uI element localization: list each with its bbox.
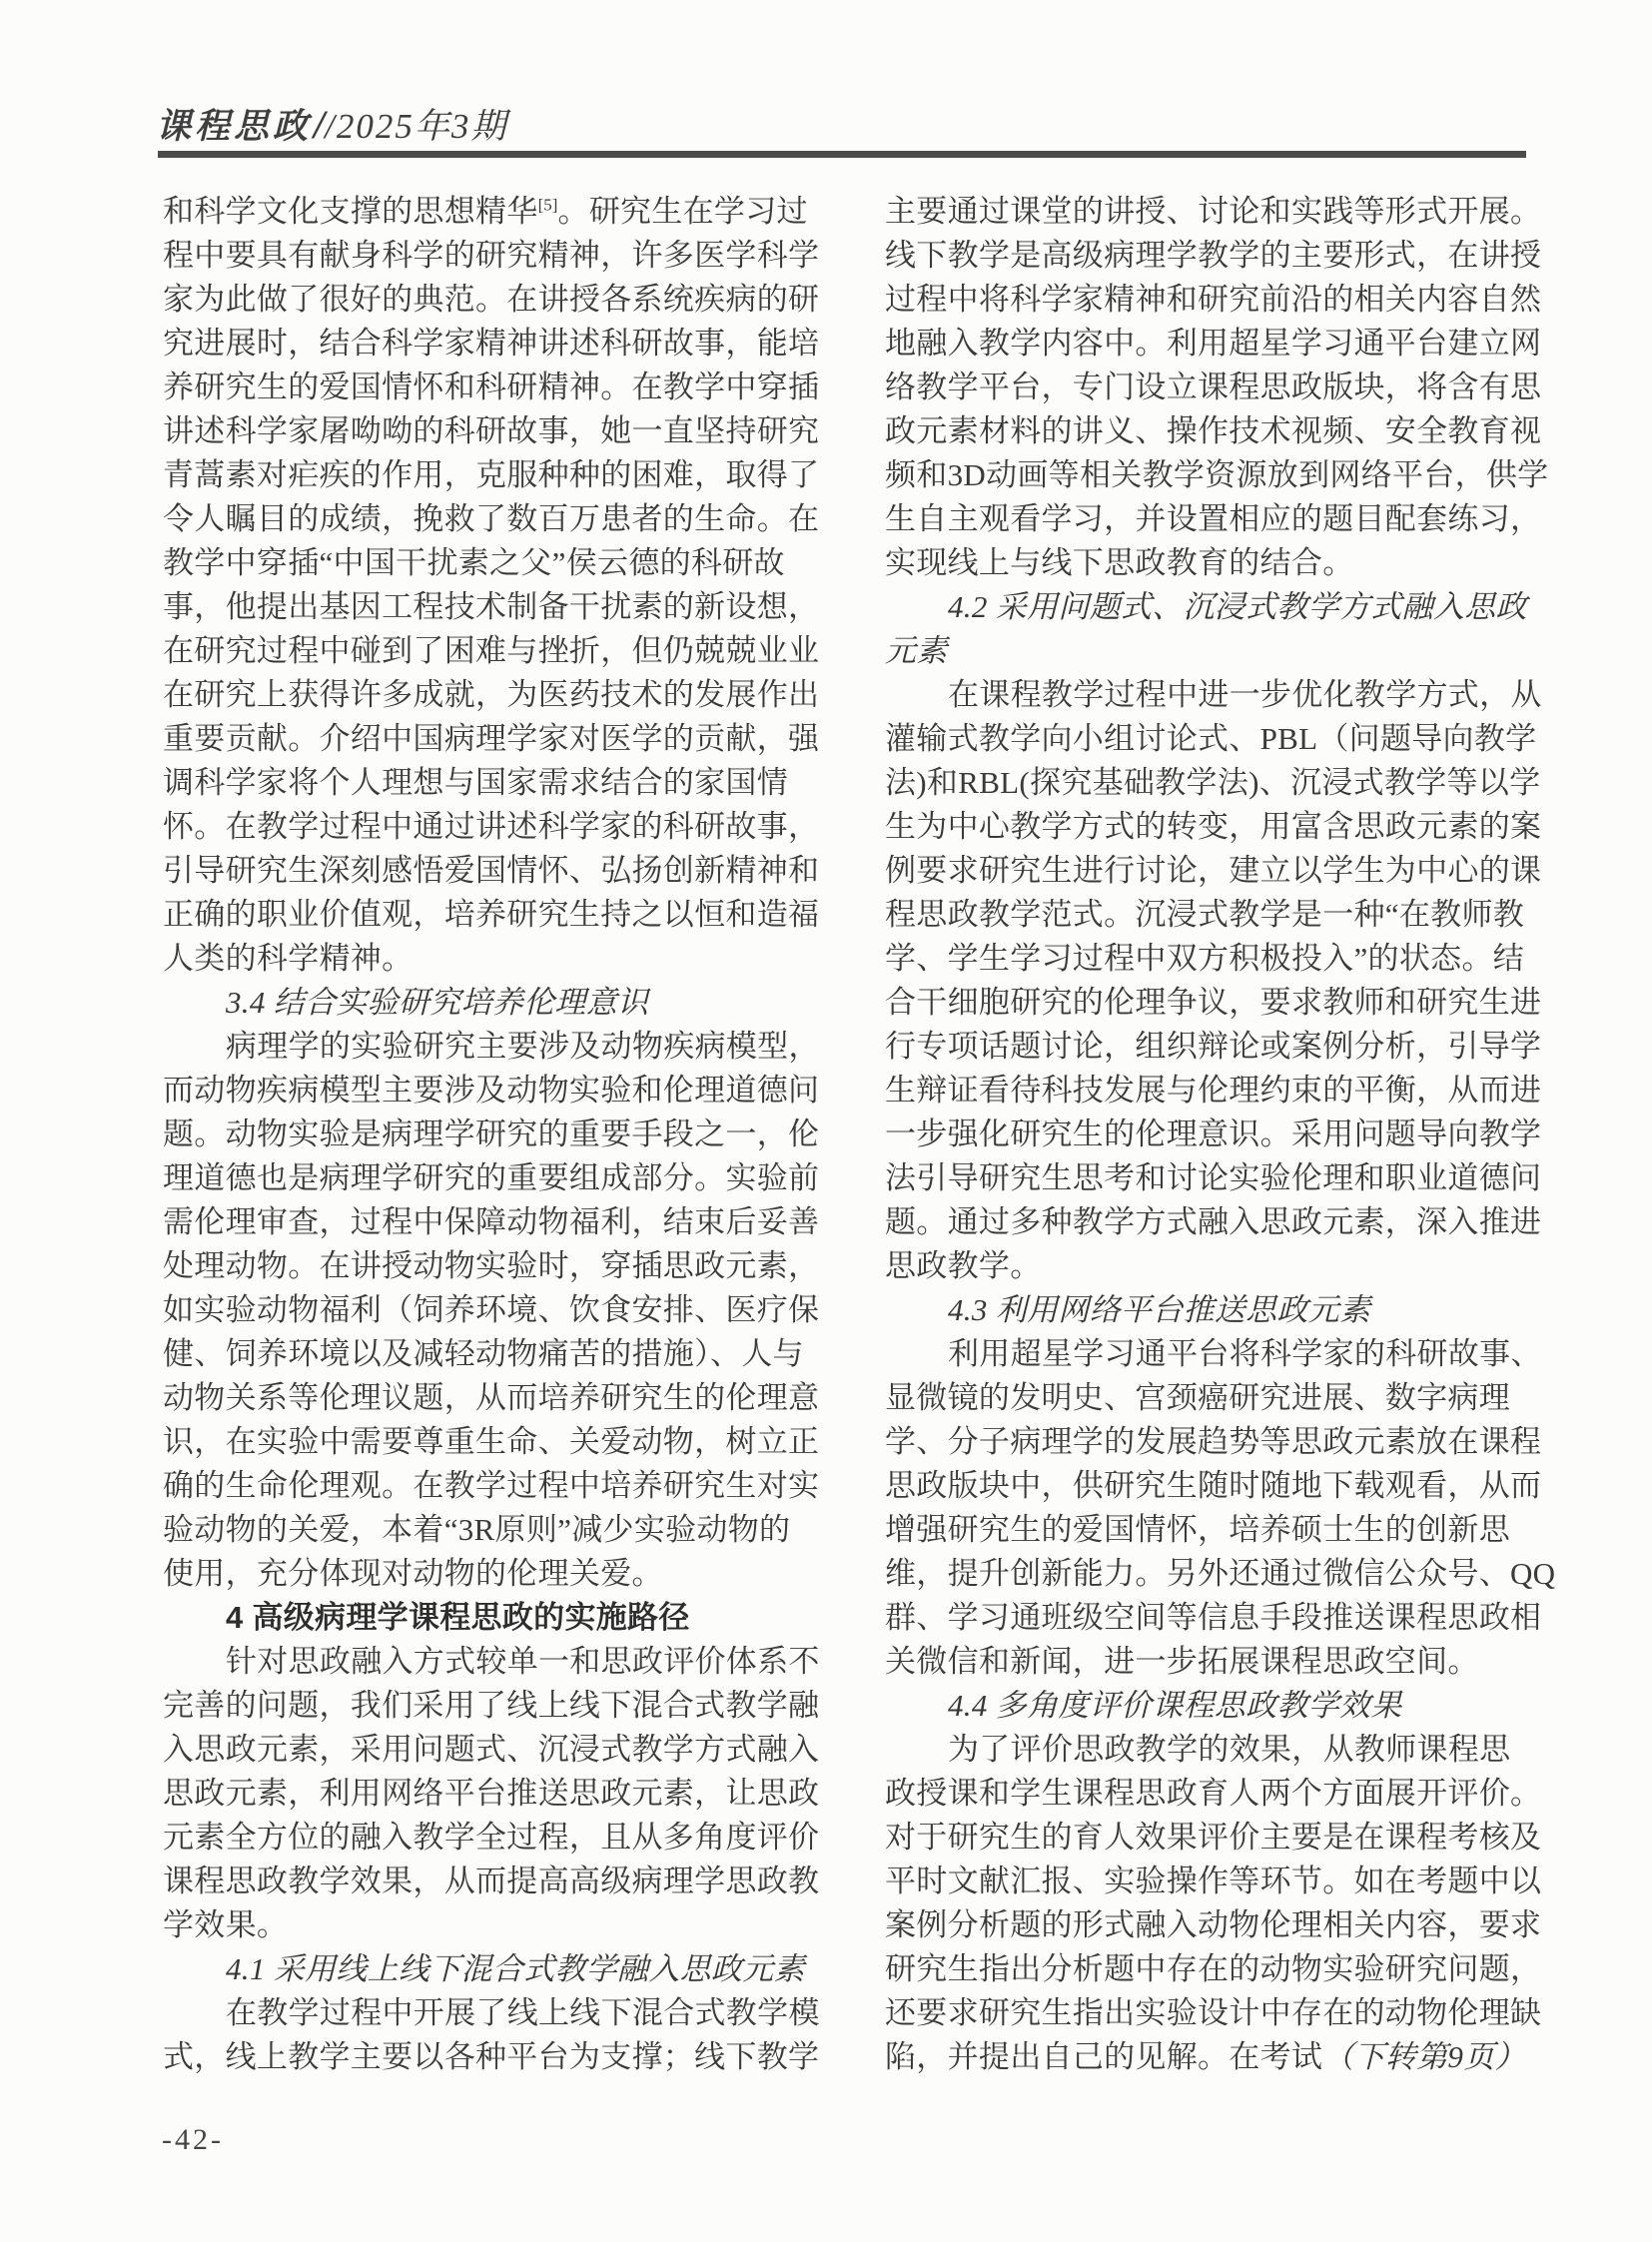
text-segment: 在研究上获得许多成就，为医药技术的发展作出 <box>163 677 819 712</box>
text-line: 4.4 多角度评价课程思政教学效果 <box>885 1684 1544 1728</box>
text-segment: 生自主观看学习，并设置相应的题目配套练习， <box>885 501 1541 536</box>
text-line: 4.3 利用网络平台推送思政元素 <box>885 1288 1544 1332</box>
text-line: 事，他提出基因工程技术制备干扰素的新设想， <box>163 585 822 629</box>
text-segment: 。研究生在学习过 <box>557 194 807 229</box>
text-line: 课程思政教学效果，从而提高高级病理学思政教 <box>163 1860 822 1903</box>
text-segment: 而动物疾病模型主要涉及动物实验和伦理道德问 <box>163 1073 819 1108</box>
text-segment: 讲述科学家屠呦呦的科研故事，她一直坚持研究 <box>163 413 819 448</box>
text-line: 而动物疾病模型主要涉及动物实验和伦理道德问 <box>163 1069 822 1113</box>
text-segment: 4.1 采用线上线下混合式教学融入思政元素 <box>226 1951 805 1986</box>
text-segment: 究进展时，结合科学家精神讲述科研故事，能培 <box>163 326 819 361</box>
text-line: 关微信和新闻，进一步拓展课程思政空间。 <box>885 1640 1544 1684</box>
text-line: 元素全方位的融入教学全过程，且从多角度评价 <box>163 1816 822 1860</box>
text-segment: 生为中心教学方式的转变，用富含思政元素的案 <box>885 809 1541 844</box>
page-number: -42- <box>162 2123 224 2157</box>
text-segment: 平时文献汇报、实验操作等环节。如在考题中以 <box>885 1864 1541 1898</box>
text-line: 主要通过课堂的讲授、讨论和实践等形式开展。 <box>885 190 1544 234</box>
text-line: 生辩证看待科技发展与伦理约束的平衡，从而进 <box>885 1069 1544 1113</box>
text-segment: 生辩证看待科技发展与伦理约束的平衡，从而进 <box>885 1073 1541 1108</box>
text-segment: 在研究过程中碰到了困难与挫折，但仍兢兢业业 <box>163 633 819 668</box>
text-segment: 显微镜的发明史、宫颈癌研究进展、数字病理 <box>885 1380 1510 1415</box>
text-segment: 人类的科学精神。 <box>163 941 413 976</box>
text-line: 利用超星学习通平台将科学家的科研故事、 <box>885 1332 1544 1376</box>
text-segment: 题。通过多种教学方式融入思政元素，深入推进 <box>885 1204 1541 1239</box>
text-line: 4 高级病理学课程思政的实施路径 <box>163 1596 822 1640</box>
text-line: 识，在实验中需要尊重生命、关爱动物，树立正 <box>163 1420 822 1464</box>
text-segment: 思政元素，利用网络平台推送思政元素，让思政 <box>163 1776 819 1811</box>
text-line: 生为中心教学方式的转变，用富含思政元素的案 <box>885 805 1544 849</box>
text-segment: 法引导研究生思考和讨论实验伦理和职业道德问 <box>885 1160 1541 1195</box>
text-segment: 题。动物实验是病理学研究的重要手段之一，伦 <box>163 1117 819 1151</box>
text-line: 病理学的实验研究主要涉及动物疾病模型， <box>163 1025 822 1069</box>
header-rule <box>158 151 1526 158</box>
text-line: 式，线上教学主要以各种平台为支撑；线下教学 <box>163 2035 822 2079</box>
text-segment: 重要贡献。介绍中国病理学家对医学的贡献，强 <box>163 721 819 756</box>
text-line: 学、分子病理学的发展趋势等思政元素放在课程 <box>885 1420 1544 1464</box>
text-segment: 令人瞩目的成绩，挽救了数百万患者的生命。在 <box>163 501 819 536</box>
text-segment: 完善的问题，我们采用了线上线下混合式教学融 <box>163 1688 819 1723</box>
text-line: 行专项话题讨论，组织辩论或案例分析，引导学 <box>885 1025 1544 1069</box>
text-segment: 案例分析题的形式融入动物伦理相关内容，要求 <box>885 1907 1541 1942</box>
text-line: 完善的问题，我们采用了线上线下混合式教学融 <box>163 1684 822 1728</box>
masthead-separator-thin: / <box>325 107 335 146</box>
footnote-ref: [5] <box>538 196 558 215</box>
text-segment: 主要通过课堂的讲授、讨论和实践等形式开展。 <box>885 194 1541 229</box>
text-line: 养研究生的爱国情怀和科研精神。在教学中穿插 <box>163 366 822 409</box>
text-line: 频和3D动画等相关教学资源放到网络平台，供学 <box>885 453 1544 497</box>
text-line: 络教学平台，专门设立课程思政版块，将含有思 <box>885 366 1544 409</box>
text-segment: 验动物的关爱，本着“3R原则”减少实验动物的 <box>163 1512 790 1547</box>
text-line: 人类的科学精神。 <box>163 937 822 981</box>
text-segment: 为了评价思政教学的效果，从教师课程思 <box>948 1732 1510 1767</box>
text-segment: 如实验动物福利（饲养环境、饮食安排、医疗保 <box>163 1292 819 1327</box>
text-segment: 4.2 采用问题式、沉浸式教学方式融入思政 <box>948 589 1527 624</box>
text-line: 政授课和学生课程思政育人两个方面展开评价。 <box>885 1772 1544 1816</box>
text-line: 思政教学。 <box>885 1244 1544 1288</box>
text-line: 实现线上与线下思政教育的结合。 <box>885 541 1544 585</box>
text-segment: 怀。在教学过程中通过讲述科学家的科研故事， <box>163 809 819 844</box>
text-line: 维，提升创新能力。另外还通过微信公众号、QQ <box>885 1552 1544 1596</box>
text-line: 过程中将科学家精神和研究前沿的相关内容自然 <box>885 278 1544 322</box>
text-line: 思政版块中，供研究生随时随地下载观看，从而 <box>885 1464 1544 1508</box>
text-segment: 调科学家将个人理想与国家需求结合的家国情 <box>163 765 788 800</box>
text-line: 学效果。 <box>163 1903 822 1947</box>
text-segment: 在课程教学过程中进一步优化教学方式，从 <box>948 677 1542 712</box>
text-segment: 入思政元素，采用问题式、沉浸式教学方式融入 <box>163 1732 819 1767</box>
journal-page: 课程思政//2025年3期 和科学文化支撑的思想精华[5]。研究生在学习过程中要… <box>0 0 1652 2242</box>
text-line: 法引导研究生思考和讨论实验伦理和职业道德问 <box>885 1156 1544 1200</box>
text-line: 调科学家将个人理想与国家需求结合的家国情 <box>163 761 822 805</box>
text-segment: 学、分子病理学的发展趋势等思政元素放在课程 <box>885 1424 1541 1459</box>
text-line: 4.2 采用问题式、沉浸式教学方式融入思政 <box>885 585 1544 629</box>
text-segment: 和科学文化支撑的思想精华 <box>163 194 538 229</box>
text-line: 家为此做了很好的典范。在讲授各系统疾病的研 <box>163 278 822 322</box>
text-line: 陷，并提出自己的见解。在考试（下转第9页） <box>885 2035 1544 2079</box>
text-segment: 需伦理审查，过程中保障动物福利，结束后妥善 <box>163 1204 819 1239</box>
text-line: 正确的职业价值观，培养研究生持之以恒和造福 <box>163 893 822 937</box>
text-segment: 地融入教学内容中。利用超星学习通平台建立网 <box>885 326 1541 361</box>
text-segment: 利用超星学习通平台将科学家的科研故事、 <box>948 1336 1542 1371</box>
text-segment: 灌输式教学向小组讨论式、PBL（问题导向教学 <box>885 721 1536 756</box>
text-segment: 式，线上教学主要以各种平台为支撑；线下教学 <box>163 2039 819 2074</box>
text-line: 地融入教学内容中。利用超星学习通平台建立网 <box>885 322 1544 366</box>
text-segment: 程思政教学范式。沉浸式教学是一种“在教师教 <box>885 897 1524 932</box>
text-line: 处理动物。在讲授动物实验时，穿插思政元素， <box>163 1244 822 1288</box>
text-segment: 思政教学。 <box>885 1248 1042 1283</box>
text-line: 入思政元素，采用问题式、沉浸式教学方式融入 <box>163 1728 822 1772</box>
text-line: 元素 <box>885 629 1544 673</box>
text-segment: 元素 <box>885 633 948 668</box>
text-segment: 法)和RBL(探究基础教学法)、沉浸式教学等以学 <box>885 765 1540 800</box>
text-segment: 课程思政教学效果，从而提高高级病理学思政教 <box>163 1864 819 1898</box>
right-column: 主要通过课堂的讲授、讨论和实践等形式开展。线下教学是高级病理学教学的主要形式，在… <box>885 190 1544 2079</box>
text-line: 确的生命伦理观。在教学过程中培养研究生对实 <box>163 1464 822 1508</box>
text-line: 学、学生学习过程中双方积极投入”的状态。结 <box>885 937 1544 981</box>
text-line: 健、饲养环境以及减轻动物痛苦的措施）、人与 <box>163 1332 822 1376</box>
text-line: 群、学习通班级空间等信息手段推送课程思政相 <box>885 1596 1544 1640</box>
text-segment: 教学中穿插“中国干扰素之父”侯云德的科研故 <box>163 545 785 580</box>
text-segment: 确的生命伦理观。在教学过程中培养研究生对实 <box>163 1468 819 1503</box>
text-segment: 健、饲养环境以及减轻动物痛苦的措施）、人与 <box>163 1336 804 1371</box>
text-segment: 学效果。 <box>163 1907 288 1942</box>
text-segment: 针对思政融入方式较单一和思政评价体系不 <box>226 1644 820 1679</box>
text-line: 青蒿素对疟疾的作用，克服种种的困难，取得了 <box>163 453 822 497</box>
text-segment: 线下教学是高级病理学教学的主要形式，在讲授 <box>885 238 1541 273</box>
text-line: 程思政教学范式。沉浸式教学是一种“在教师教 <box>885 893 1544 937</box>
text-line: 究进展时，结合科学家精神讲述科研故事，能培 <box>163 322 822 366</box>
text-segment: 病理学的实验研究主要涉及动物疾病模型， <box>226 1029 820 1064</box>
text-segment: 合干细胞研究的伦理争议，要求教师和研究生进 <box>885 985 1541 1020</box>
text-line: 案例分析题的形式融入动物伦理相关内容，要求 <box>885 1903 1544 1947</box>
text-segment: 群、学习通班级空间等信息手段推送课程思政相 <box>885 1600 1541 1635</box>
text-segment: 程中要具有献身科学的研究精神，许多医学科学 <box>163 238 819 273</box>
text-line: 和科学文化支撑的思想精华[5]。研究生在学习过 <box>163 190 822 234</box>
text-segment: 4.4 多角度评价课程思政教学效果 <box>948 1688 1402 1723</box>
text-segment: 维，提升创新能力。另外还通过微信公众号、QQ <box>885 1556 1555 1591</box>
text-segment: 络教学平台，专门设立课程思政版块，将含有思 <box>885 370 1541 404</box>
text-line: 程中要具有献身科学的研究精神，许多医学科学 <box>163 234 822 278</box>
text-line: 在研究过程中碰到了困难与挫折，但仍兢兢业业 <box>163 629 822 673</box>
text-line: 理道德也是病理学研究的重要组成部分。实验前 <box>163 1156 822 1200</box>
text-line: 灌输式教学向小组讨论式、PBL（问题导向教学 <box>885 717 1544 761</box>
masthead-separator-bold: / <box>314 102 325 147</box>
text-line: 线下教学是高级病理学教学的主要形式，在讲授 <box>885 234 1544 278</box>
text-line: 重要贡献。介绍中国病理学家对医学的贡献，强 <box>163 717 822 761</box>
text-line: 一步强化研究生的伦理意识。采用问题导向教学 <box>885 1113 1544 1156</box>
text-segment: 关微信和新闻，进一步拓展课程思政空间。 <box>885 1644 1479 1679</box>
text-segment: 4 高级病理学课程思政的实施路径 <box>226 1600 690 1635</box>
text-line: 法)和RBL(探究基础教学法)、沉浸式教学等以学 <box>885 761 1544 805</box>
text-segment: 学、学生学习过程中双方积极投入”的状态。结 <box>885 941 1524 976</box>
text-line: 验动物的关爱，本着“3R原则”减少实验动物的 <box>163 1508 822 1552</box>
text-segment: 政元素材料的讲义、操作技术视频、安全教育视 <box>885 413 1541 448</box>
text-line: 引导研究生深刻感悟爱国情怀、弘扬创新精神和 <box>163 849 822 893</box>
text-segment: 还要求研究生指出实验设计中存在的动物伦理缺 <box>885 1995 1541 2030</box>
text-segment: 青蒿素对疟疾的作用，克服种种的困难，取得了 <box>163 457 819 492</box>
text-segment: 对于研究生的育人效果评价主要是在课程考核及 <box>885 1820 1541 1855</box>
text-line: 显微镜的发明史、宫颈癌研究进展、数字病理 <box>885 1376 1544 1420</box>
text-line: 需伦理审查，过程中保障动物福利，结束后妥善 <box>163 1200 822 1244</box>
text-line: 讲述科学家屠呦呦的科研故事，她一直坚持研究 <box>163 409 822 453</box>
text-line: 4.1 采用线上线下混合式教学融入思政元素 <box>163 1947 822 1991</box>
text-segment: 研究生指出分析题中存在的动物实验研究问题， <box>885 1951 1541 1986</box>
text-line: 例要求研究生进行讨论，建立以学生为中心的课 <box>885 849 1544 893</box>
text-segment: 4.3 利用网络平台推送思政元素 <box>948 1292 1370 1327</box>
text-line: 怀。在教学过程中通过讲述科学家的科研故事， <box>163 805 822 849</box>
text-line: 令人瞩目的成绩，挽救了数百万患者的生命。在 <box>163 497 822 541</box>
left-column: 和科学文化支撑的思想精华[5]。研究生在学习过程中要具有献身科学的研究精神，许多… <box>163 190 822 2079</box>
text-line: 研究生指出分析题中存在的动物实验研究问题， <box>885 1947 1544 1991</box>
text-line: 在教学过程中开展了线上线下混合式教学模 <box>163 1991 822 2035</box>
text-segment: 实现线上与线下思政教育的结合。 <box>885 545 1354 580</box>
text-line: 使用，充分体现对动物的伦理关爱。 <box>163 1552 822 1596</box>
text-line: 动物关系等伦理议题，从而培养研究生的伦理意 <box>163 1376 822 1420</box>
text-segment: 政授课和学生课程思政育人两个方面展开评价。 <box>885 1776 1541 1811</box>
text-segment: 例要求研究生进行讨论，建立以学生为中心的课 <box>885 853 1541 888</box>
text-segment: 在教学过程中开展了线上线下混合式教学模 <box>226 1995 820 2030</box>
text-segment: 增强研究生的爱国情怀，培养硕士生的创新思 <box>885 1512 1510 1547</box>
text-segment: 识，在实验中需要尊重生命、关爱动物，树立正 <box>163 1424 819 1459</box>
text-segment: 事，他提出基因工程技术制备干扰素的新设想， <box>163 589 819 624</box>
journal-title: 课程思政 <box>156 107 312 146</box>
text-segment: 过程中将科学家精神和研究前沿的相关内容自然 <box>885 282 1541 317</box>
text-line: 针对思政融入方式较单一和思政评价体系不 <box>163 1640 822 1684</box>
text-line: 还要求研究生指出实验设计中存在的动物伦理缺 <box>885 1991 1544 2035</box>
text-segment: 处理动物。在讲授动物实验时，穿插思政元素， <box>163 1248 819 1283</box>
text-line: 生自主观看学习，并设置相应的题目配套练习， <box>885 497 1544 541</box>
text-segment: 频和3D动画等相关教学资源放到网络平台，供学 <box>885 457 1549 492</box>
text-segment: 动物关系等伦理议题，从而培养研究生的伦理意 <box>163 1380 819 1415</box>
text-line: 3.4 结合实验研究培养伦理意识 <box>163 981 822 1025</box>
text-line: 如实验动物福利（饲养环境、饮食安排、医疗保 <box>163 1288 822 1332</box>
text-segment: 养研究生的爱国情怀和科研精神。在教学中穿插 <box>163 370 819 404</box>
text-line: 为了评价思政教学的效果，从教师课程思 <box>885 1728 1544 1772</box>
text-segment: 引导研究生深刻感悟爱国情怀、弘扬创新精神和 <box>163 853 819 888</box>
text-segment: 元素全方位的融入教学全过程，且从多角度评价 <box>163 1820 819 1855</box>
text-line: 政元素材料的讲义、操作技术视频、安全教育视 <box>885 409 1544 453</box>
text-segment: 陷，并提出自己的见解。在考试 <box>885 2039 1322 2074</box>
text-segment: 行专项话题讨论，组织辩论或案例分析，引导学 <box>885 1029 1541 1064</box>
text-segment: 3.4 结合实验研究培养伦理意识 <box>226 985 648 1020</box>
text-line: 在课程教学过程中进一步优化教学方式，从 <box>885 673 1544 717</box>
journal-masthead: 课程思政//2025年3期 <box>156 105 507 147</box>
journal-issue: 2025年3期 <box>337 107 508 146</box>
text-line: 合干细胞研究的伦理争议，要求教师和研究生进 <box>885 981 1544 1025</box>
text-segment: 正确的职业价值观，培养研究生持之以恒和造福 <box>163 897 819 932</box>
text-line: 增强研究生的爱国情怀，培养硕士生的创新思 <box>885 1508 1544 1552</box>
text-line: 思政元素，利用网络平台推送思政元素，让思政 <box>163 1772 822 1816</box>
text-segment: 家为此做了很好的典范。在讲授各系统疾病的研 <box>163 282 819 317</box>
continuation-note: （下转第9页） <box>1322 2039 1526 2074</box>
text-segment: 思政版块中，供研究生随时随地下载观看，从而 <box>885 1468 1541 1503</box>
text-line: 教学中穿插“中国干扰素之父”侯云德的科研故 <box>163 541 822 585</box>
article-body: 和科学文化支撑的思想精华[5]。研究生在学习过程中要具有献身科学的研究精神，许多… <box>163 190 1544 2079</box>
text-segment: 使用，充分体现对动物的伦理关爱。 <box>163 1556 663 1591</box>
text-line: 题。动物实验是病理学研究的重要手段之一，伦 <box>163 1113 822 1156</box>
text-line: 题。通过多种教学方式融入思政元素，深入推进 <box>885 1200 1544 1244</box>
text-line: 对于研究生的育人效果评价主要是在课程考核及 <box>885 1816 1544 1860</box>
text-line: 平时文献汇报、实验操作等环节。如在考题中以 <box>885 1860 1544 1903</box>
text-segment: 一步强化研究生的伦理意识。采用问题导向教学 <box>885 1117 1541 1151</box>
text-segment: 理道德也是病理学研究的重要组成部分。实验前 <box>163 1160 819 1195</box>
text-line: 在研究上获得许多成就，为医药技术的发展作出 <box>163 673 822 717</box>
